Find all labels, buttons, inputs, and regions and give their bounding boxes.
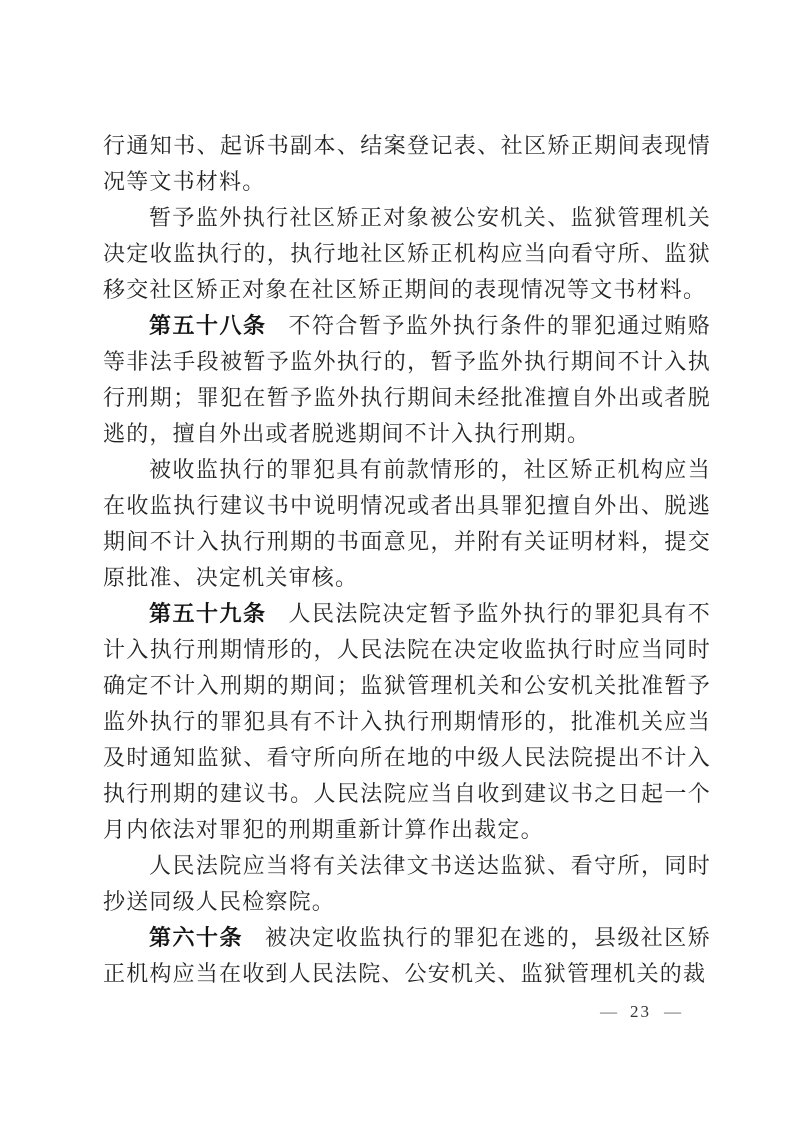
article-number: 第五十九条 bbox=[149, 601, 266, 626]
paragraph-text: 行通知书、起诉书副本、结案登记表、社区矫正期间表现情况等文书材料。 bbox=[103, 133, 711, 194]
paragraph-text: 人民法院决定暂予监外执行的罪犯具有不计入执行刑期情形的，人民法院在决定收监执行时… bbox=[103, 601, 711, 842]
paragraph: 人民法院应当将有关法律文书送达监狱、看守所，同时抄送同级人民检察院。 bbox=[103, 848, 711, 920]
footer-dash-right: — bbox=[664, 1001, 681, 1023]
page-footer: — 23 — bbox=[600, 1001, 681, 1023]
document-page: 行通知书、起诉书副本、结案登记表、社区矫正期间表现情况等文书材料。 暂予监外执行… bbox=[0, 0, 793, 1122]
footer-dash-left: — bbox=[600, 1001, 617, 1023]
paragraph-text: 暂予监外执行社区矫正对象被公安机关、监狱管理机关决定收监执行的，执行地社区矫正机… bbox=[103, 205, 711, 302]
document-body: 行通知书、起诉书副本、结案登记表、社区矫正期间表现情况等文书材料。 暂予监外执行… bbox=[103, 128, 711, 992]
paragraph-article-59: 第五十九条人民法院决定暂予监外执行的罪犯具有不计入执行刑期情形的，人民法院在决定… bbox=[103, 596, 711, 848]
paragraph-article-60: 第六十条被决定收监执行的罪犯在逃的，县级社区矫正机构应当在收到人民法院、公安机关… bbox=[103, 920, 711, 992]
paragraph-article-58: 第五十八条不符合暂予监外执行条件的罪犯通过贿赂等非法手段被暂予监外执行的，暂予监… bbox=[103, 308, 711, 452]
paragraph: 被收监执行的罪犯具有前款情形的，社区矫正机构应当在收监执行建议书中说明情况或者出… bbox=[103, 452, 711, 596]
page-number: 23 bbox=[630, 1001, 651, 1023]
article-number: 第六十条 bbox=[149, 925, 243, 950]
article-number: 第五十八条 bbox=[149, 313, 266, 338]
paragraph-text: 被收监执行的罪犯具有前款情形的，社区矫正机构应当在收监执行建议书中说明情况或者出… bbox=[103, 457, 711, 590]
paragraph: 暂予监外执行社区矫正对象被公安机关、监狱管理机关决定收监执行的，执行地社区矫正机… bbox=[103, 200, 711, 308]
paragraph: 行通知书、起诉书副本、结案登记表、社区矫正期间表现情况等文书材料。 bbox=[103, 128, 711, 200]
paragraph-text: 人民法院应当将有关法律文书送达监狱、看守所，同时抄送同级人民检察院。 bbox=[103, 853, 711, 914]
